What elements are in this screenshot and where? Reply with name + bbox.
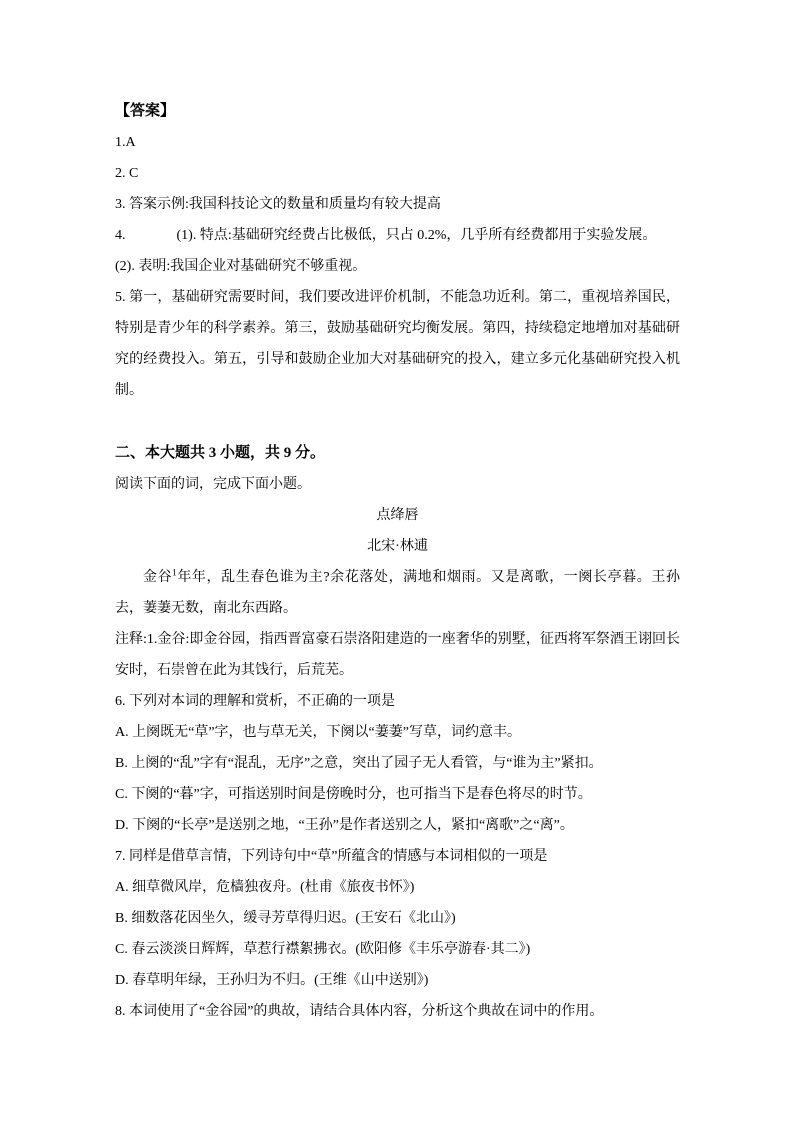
question-7-stem: 7. 同样是借草言情，下列诗句中“草”所蕴含的情感与本词相似的一项是 <box>115 841 680 872</box>
answer-item-4: 4.(1). 特点:基础研究经费占比极低，只占 0.2%，几乎所有经费都用于实验… <box>115 220 680 251</box>
poem-title: 点绛唇 <box>115 500 680 531</box>
question-7-option-b: B. 细数落花因坐久，缓寻芳草得归迟。(王安石《北山》) <box>115 903 680 934</box>
answer-item-1: 1.A <box>115 127 680 158</box>
answer-item-4-continued: (2). 表明:我国企业对基础研究不够重视。 <box>115 251 680 282</box>
question-6-option-c: C. 下阕的“暮”字，可指送别时间是傍晚时分，也可指当下是春色将尽的时节。 <box>115 779 680 810</box>
poem-footnote: 注释:1.金谷:即金谷园，指西晋富豪石崇洛阳建造的一座奢华的别墅，征西将军祭酒王… <box>115 624 680 686</box>
question-7-option-c: C. 春云淡淡日辉辉，草惹行襟絮拂衣。(欧阳修《丰乐亭游春·其二》) <box>115 934 680 965</box>
answer-item-2: 2. C <box>115 158 680 189</box>
question-6-option-d: D. 下阕的“长亭”是送别之地，“王孙”是作者送别之人，紧扣“离歌”之“离”。 <box>115 810 680 841</box>
question-7-option-a: A. 细草微风岸，危樯独夜舟。(杜甫《旅夜书怀》) <box>115 872 680 903</box>
poem-body: 金谷1年年，乱生春色谁为主?余花落处，满地和烟雨。又是离歌，一阕长亭暮。王孙去，… <box>115 562 680 624</box>
poem-author: 北宋·林逋 <box>115 531 680 562</box>
reading-instruction: 阅读下面的词，完成下面小题。 <box>115 469 680 500</box>
answer-item-5: 5. 第一，基础研究需要时间，我们要改进评价机制，不能急功近利。第二，重视培养国… <box>115 282 680 406</box>
answer-item-3: 3. 答案示例:我国科技论文的数量和质量均有较大提高 <box>115 189 680 220</box>
question-6-option-a: A. 上阕既无“草”字，也与草无关，下阕以“萋萋”写草，词约意丰。 <box>115 717 680 748</box>
poem-text-before-note: 金谷 <box>143 570 172 585</box>
document-page: 【答案】 1.A 2. C 3. 答案示例:我国科技论文的数量和质量均有较大提高… <box>0 0 794 1123</box>
answers-heading: 【答案】 <box>115 96 680 127</box>
question-7-option-d: D. 春草明年绿，王孙归为不归。(王维《山中送别》) <box>115 965 680 996</box>
question-6-option-b: B. 上阕的“乱”字有“混乱，无序”之意，突出了园子无人看管，与“谁为主”紧扣。 <box>115 748 680 779</box>
blank-line <box>115 406 680 438</box>
answer-item-4-number: 4. <box>115 228 126 243</box>
question-8-stem: 8. 本词使用了“金谷园”的典故，请结合具体内容，分析这个典故在词中的作用。 <box>115 996 680 1027</box>
answer-item-4-text: (1). 特点:基础研究经费占比极低，只占 0.2%，几乎所有经费都用于实验发展… <box>177 228 657 243</box>
section-2-heading: 二、本大题共 3 小题，共 9 分。 <box>115 438 680 469</box>
poem-text-after-note: 年年，乱生春色谁为主?余花落处，满地和烟雨。又是离歌，一阕长亭暮。王孙去，萋萋无… <box>115 570 680 616</box>
question-6-stem: 6. 下列对本词的理解和赏析，不正确的一项是 <box>115 686 680 717</box>
